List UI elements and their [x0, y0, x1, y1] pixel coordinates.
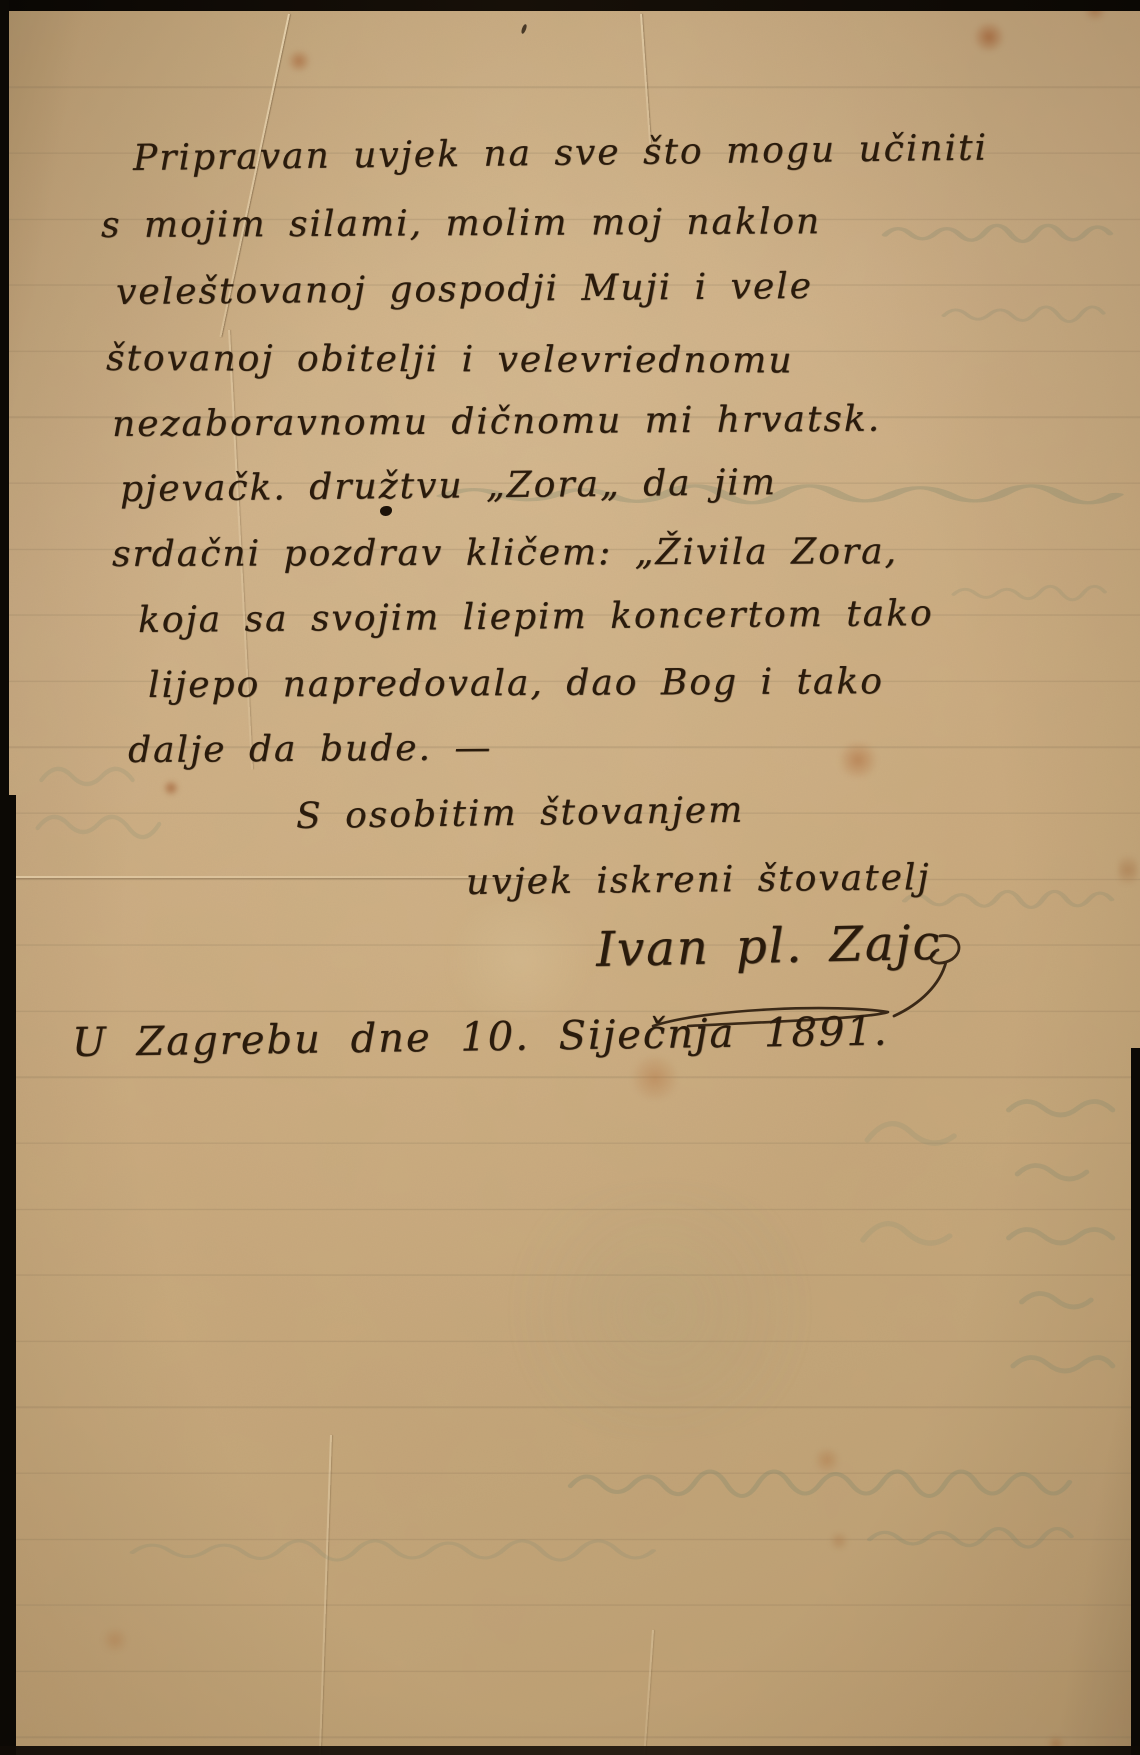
scan-edge-bottom — [0, 1746, 1140, 1755]
letter-line: veleštovanoj gospodji Muji i vele — [116, 266, 813, 313]
handwritten-letter-scan: Pripravan uvjek na sve što mogu učiniti … — [0, 0, 1140, 1755]
letter-line: koja sa svojim liepim koncertom tako — [138, 593, 934, 641]
letter-line: pjevačk. družtvu „Zora„ da jim — [120, 462, 777, 510]
closing-signoff: uvjek iskreni štovatelj — [466, 857, 931, 903]
scan-edge-top — [0, 0, 1140, 11]
letter-line: nezaboravnomu dičnomu mi hrvatsk. — [112, 399, 881, 445]
fold-line — [0, 876, 545, 878]
signature: Ivan pl. Zajc — [595, 915, 941, 978]
scan-edge-left — [0, 795, 16, 1755]
scan-edge-left — [0, 0, 9, 800]
letter-line: s mojim silami, molim moj naklon — [101, 201, 821, 246]
letter-line: srdačni pozdrav kličem: „Živila Zora, — [112, 531, 898, 575]
scan-edge-right — [1131, 1048, 1140, 1755]
closing-salutation: S osobitim štovanjem — [296, 790, 745, 837]
letter-line: štovanoj obitelji i velevriednomu — [106, 338, 794, 381]
letter-line: dalje da bude. — — [128, 727, 493, 771]
letter-line: lijepo napredovala, dao Bog i tako — [148, 661, 884, 706]
